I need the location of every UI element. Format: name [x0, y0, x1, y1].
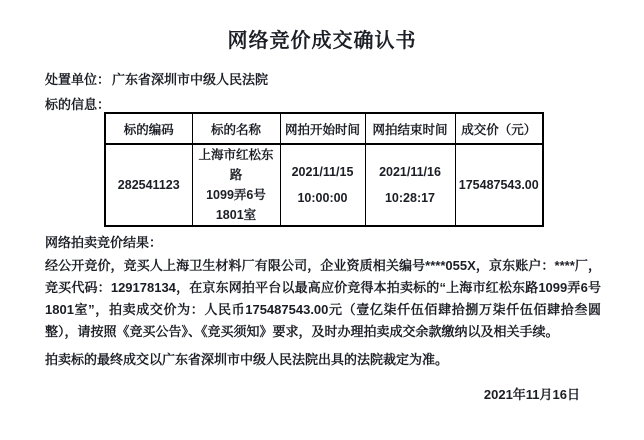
cell-final-price: 175487543.00: [455, 144, 543, 226]
auction-end-time: 10:28:17: [368, 185, 453, 211]
header-final-price: 成交价（元）: [455, 113, 543, 144]
subject-name-line1: 上海市红松东路: [195, 145, 278, 185]
auction-start-time: 10:00:00: [283, 185, 363, 211]
subject-info-table: 标的编码 标的名称 网拍开始时间 网拍结束时间 成交价（元） 282541123…: [104, 112, 544, 227]
subject-name-line2: 1099弄6号: [195, 185, 278, 205]
confirmation-document-page: 网络竞价成交确认书 处置单位：广东省深圳市中级人民法院 标的信息： 标的编码 标…: [0, 0, 644, 440]
disposal-unit-label: 处置单位：: [45, 72, 110, 87]
table-header-row: 标的编码 标的名称 网拍开始时间 网拍结束时间 成交价（元）: [105, 113, 543, 144]
disposal-unit-line: 处置单位：广东省深圳市中级人民法院: [45, 69, 268, 88]
cell-auction-end: 2021/11/16 10:28:17: [365, 144, 455, 226]
header-auction-start: 网拍开始时间: [280, 113, 365, 144]
cell-auction-start: 2021/11/15 10:00:00: [280, 144, 365, 226]
disposal-unit-value: 广东省深圳市中级人民法院: [112, 72, 268, 87]
auction-result-paragraph: 经公开竞价，竞买人上海卫生材料厂有限公司，企业资质相关编号****055X，京东…: [45, 255, 601, 343]
cell-subject-name: 上海市红松东路 1099弄6号 1801室: [192, 144, 280, 226]
table-row: 282541123 上海市红松东路 1099弄6号 1801室 2021/11/…: [105, 144, 543, 226]
document-title: 网络竞价成交确认书: [0, 24, 644, 53]
header-auction-end: 网拍结束时间: [365, 113, 455, 144]
auction-result-label: 网络拍卖竞价结果：: [45, 232, 162, 251]
auction-start-date: 2021/11/15: [283, 159, 363, 185]
final-ruling-paragraph: 拍卖标的最终成交以广东省深圳市中级人民法院出具的法院裁定为准。: [45, 350, 601, 370]
cell-subject-code: 282541123: [105, 144, 192, 226]
subject-name-line3: 1801室: [195, 205, 278, 225]
subject-info-label: 标的信息：: [45, 94, 110, 113]
auction-end-date: 2021/11/16: [368, 159, 453, 185]
header-subject-code: 标的编码: [105, 113, 192, 144]
header-subject-name: 标的名称: [192, 113, 280, 144]
document-date: 2021年11月16日: [484, 384, 580, 403]
